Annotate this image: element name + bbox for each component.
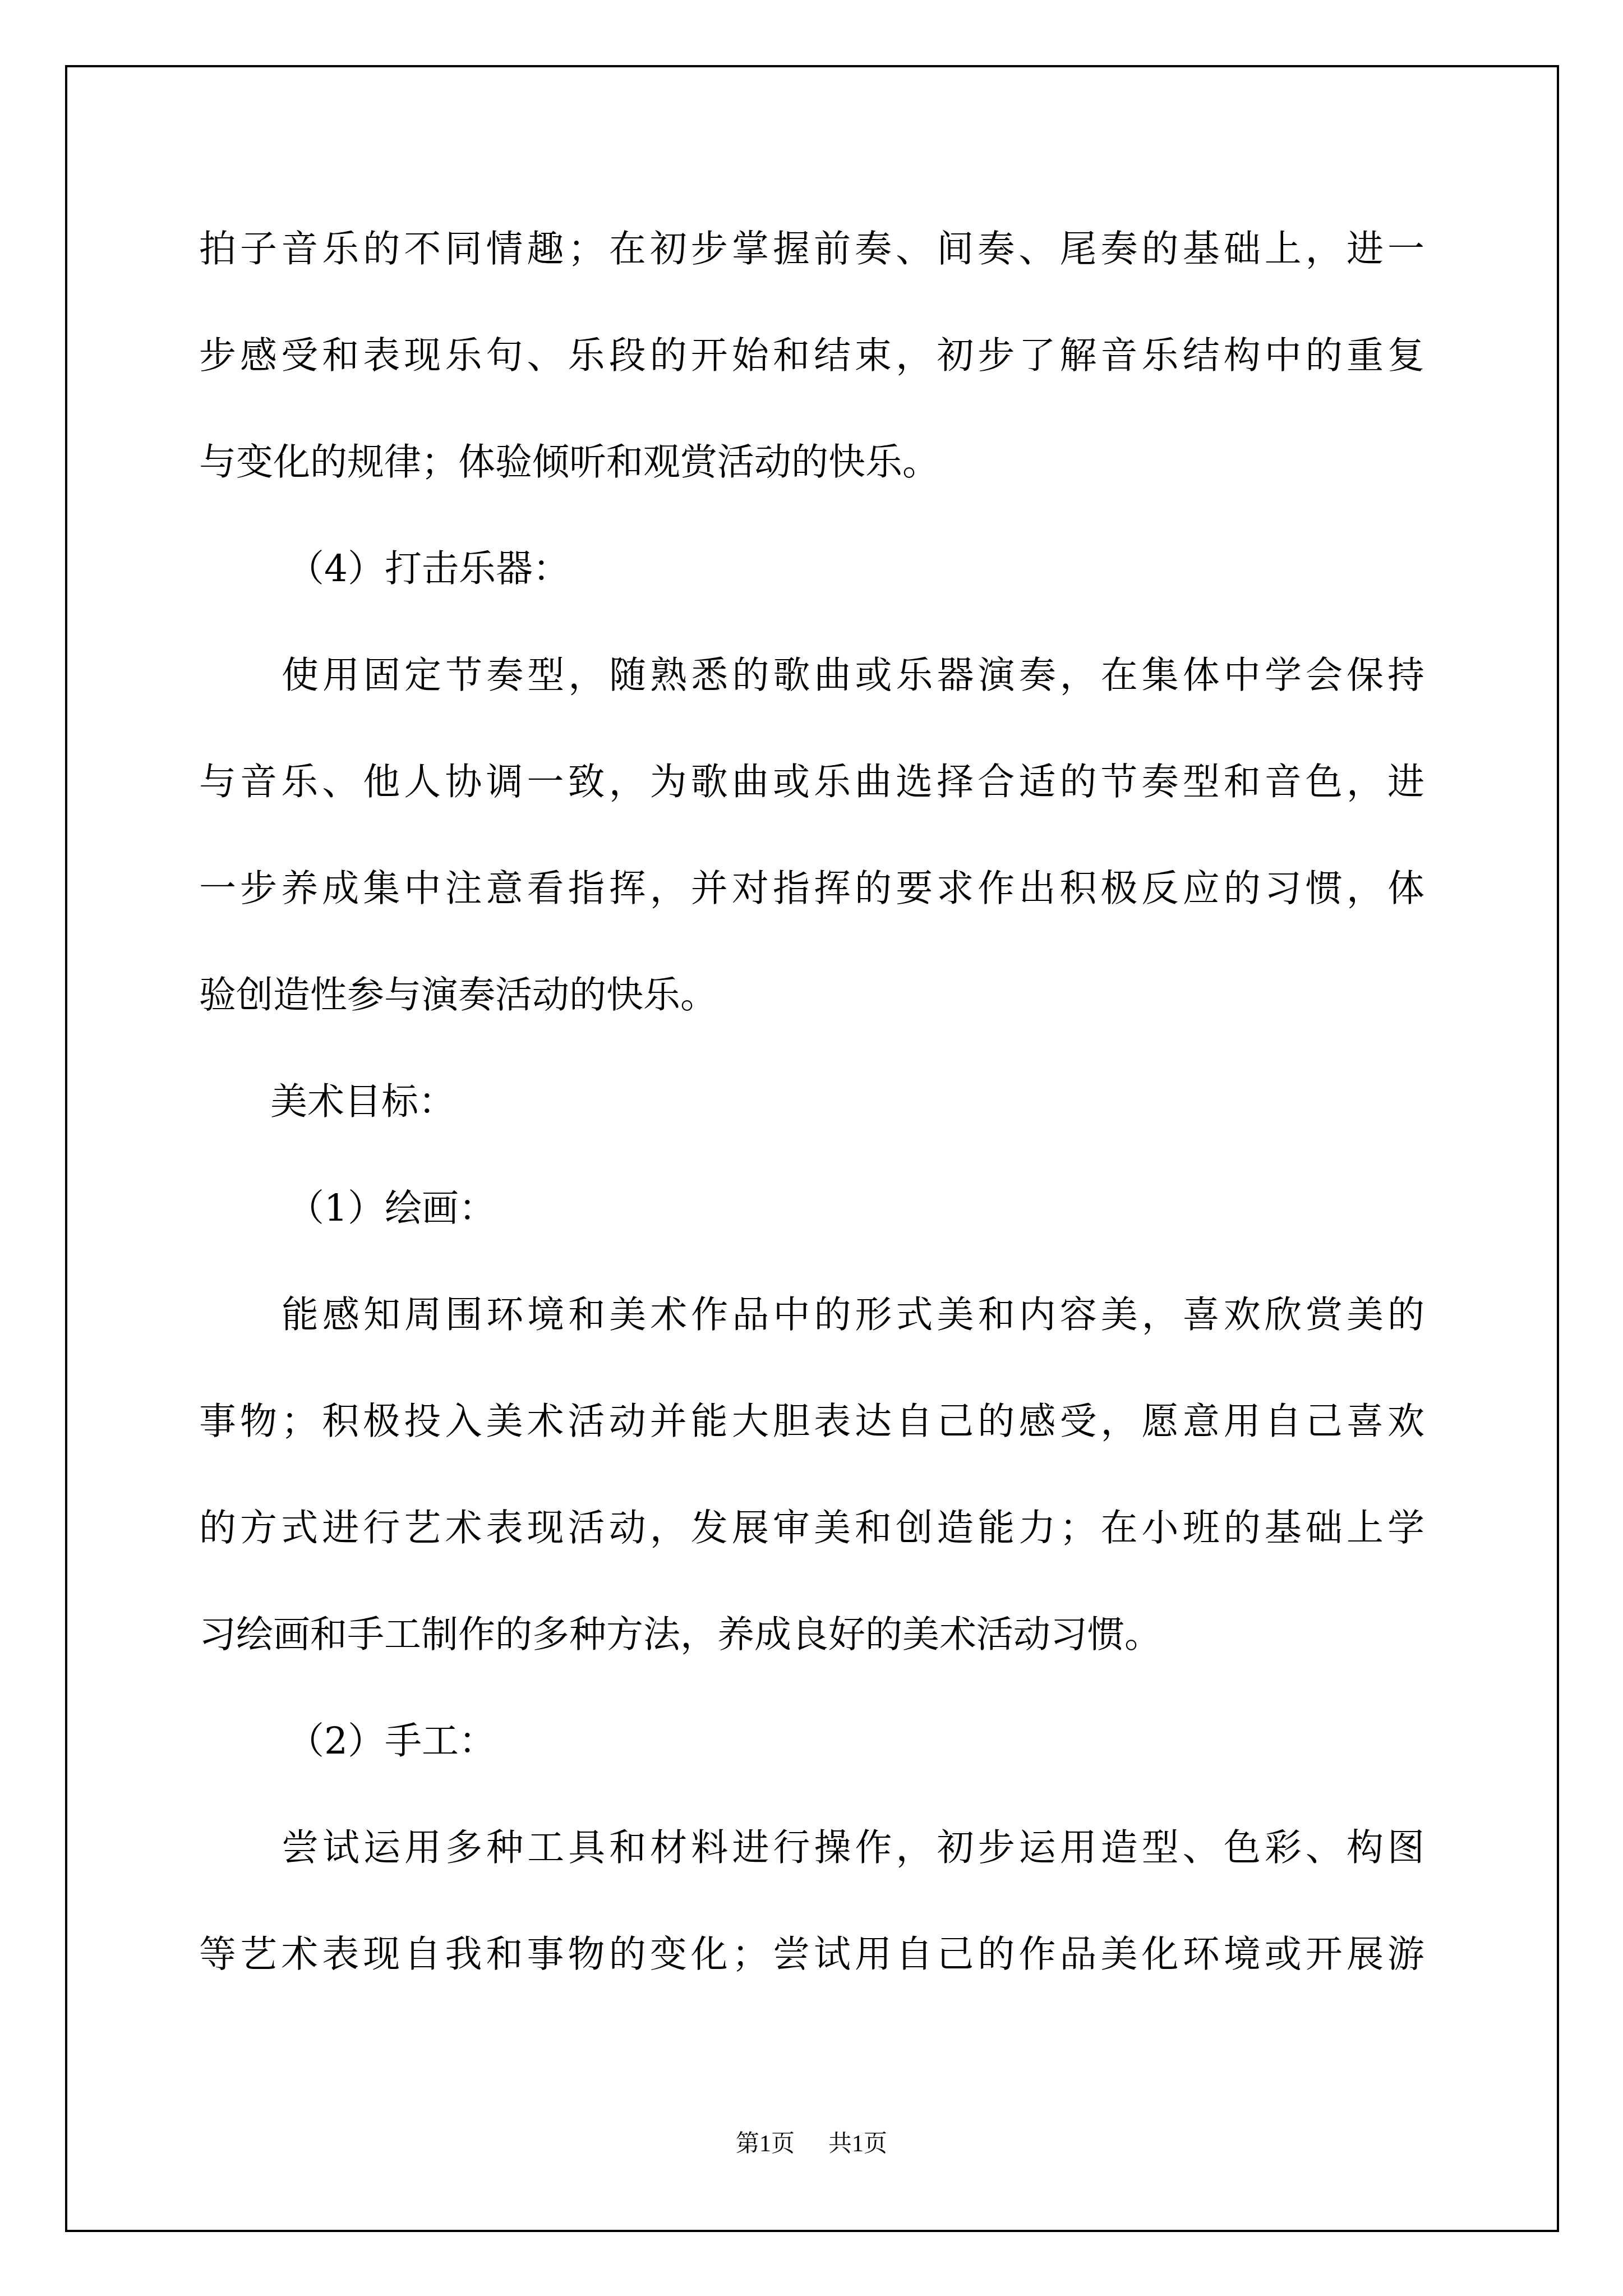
total-pages-label: 共1页 (828, 2128, 887, 2160)
current-page-label: 第1页 (736, 2128, 795, 2160)
paragraph-line: 的方式进行艺术表现活动，发展审美和创造能力；在小班的基础上学 (199, 1506, 1424, 1550)
paragraph-line: 尝试运用多种工具和材料进行操作，初步运用造型、色彩、构图 (282, 1825, 1424, 1870)
paragraph-line: 使用固定节奏型，随熟悉的歌曲或乐器演奏，在集体中学会保持 (282, 653, 1424, 698)
paragraph-line: 步感受和表现乐句、乐段的开始和结束，初步了解音乐结构中的重复 (199, 333, 1424, 378)
paragraph-line: 验创造性参与演奏活动的快乐。 (199, 973, 1424, 1018)
page-border (65, 65, 1559, 2232)
paragraph-line: 等艺术表现自我和事物的变化；尝试用自己的作品美化环境或开展游 (199, 1932, 1424, 1977)
paragraph-line: 能感知周围环境和美术作品中的形式美和内容美，喜欢欣赏美的 (282, 1292, 1424, 1337)
paragraph-line: 与音乐、他人协调一致，为歌曲或乐曲选择合适的节奏型和音色，进 (199, 760, 1424, 804)
paragraph-line: 拍子音乐的不同情趣；在初步掌握前奏、间奏、尾奏的基础上，进一 (199, 227, 1424, 272)
section-heading-handcraft: （2）手工： (287, 1719, 496, 1764)
paragraph-line: 与变化的规律；体验倾听和观赏活动的快乐。 (199, 440, 1424, 485)
section-heading-art-goals: 美术目标： (270, 1079, 455, 1124)
paragraph-line: 事物；积极投入美术活动并能大胆表达自己的感受，愿意用自己喜欢 (199, 1399, 1424, 1444)
paragraph-line: 一步养成集中注意看指挥，并对指挥的要求作出积极反应的习惯，体 (199, 866, 1424, 911)
paragraph-line: 习绘画和手工制作的多种方法，养成良好的美术活动习惯。 (199, 1612, 1424, 1657)
section-heading-painting: （1）绘画： (287, 1186, 496, 1231)
page-footer: 第1页共1页 (0, 2128, 1623, 2160)
section-heading-percussion: （4）打击乐器： (287, 546, 570, 591)
